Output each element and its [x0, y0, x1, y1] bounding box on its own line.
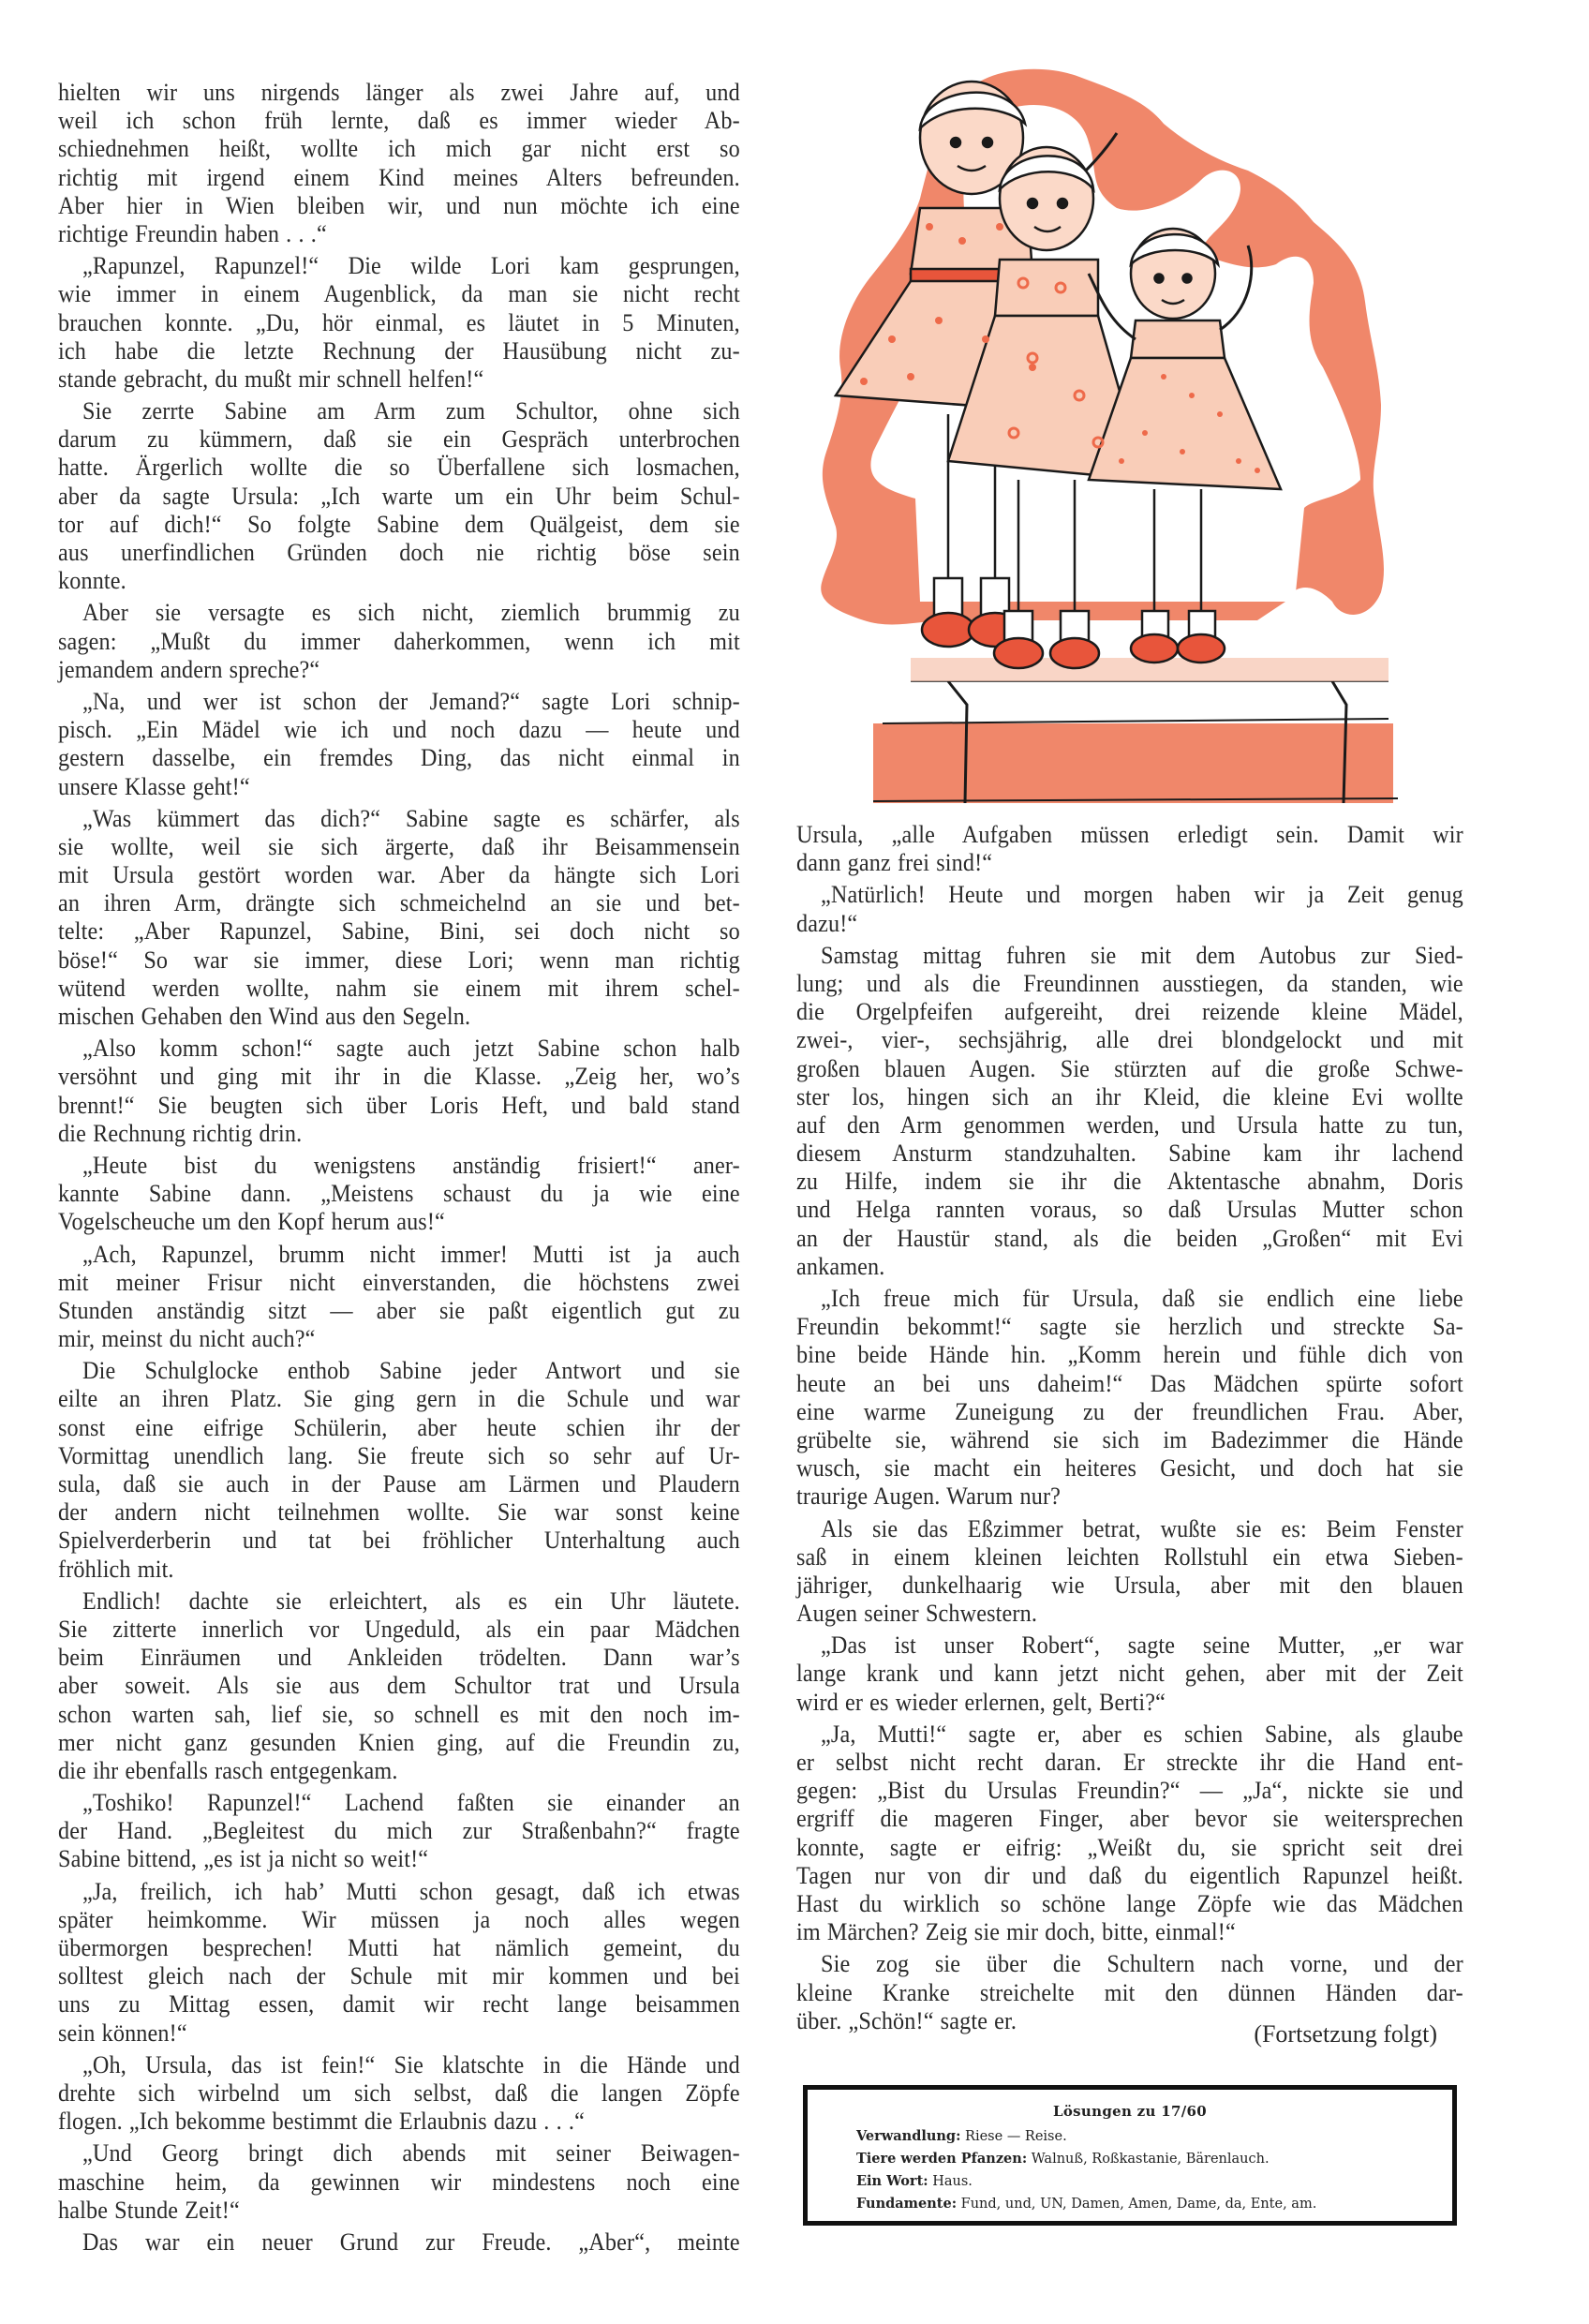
solution-key: Verwandlung: — [856, 2128, 960, 2144]
text-line: im Märchen? Zeig sie mir doch, bitte, ei… — [796, 1918, 1463, 1946]
text-line: konnte. — [58, 567, 740, 595]
text-line: schon warten sah, lief sie, so schnell e… — [58, 1701, 740, 1729]
paragraph: „Heute bist du wenigstens anständig fris… — [58, 1152, 740, 1237]
text-line: traurige Augen. Warum nur? — [796, 1482, 1463, 1511]
text-line: beim Einräumen und Ankleiden trödelten. … — [58, 1644, 740, 1672]
text-line: aber soweit. Als sie aus dem Schultor tr… — [58, 1672, 740, 1700]
text-line: mer nicht ganz gesunden Knien ging, auf … — [58, 1729, 740, 1757]
text-line: drehte sich wirbelnd um sich selbst, daß… — [58, 2079, 740, 2108]
text-line: an der Haustür stand, als die beiden „Gr… — [796, 1225, 1463, 1253]
right-text-column: Ursula, „alle Aufgaben müssen erledigt s… — [796, 821, 1463, 2039]
text-line: Ursula, „alle Aufgaben müssen erledigt s… — [796, 821, 1463, 849]
text-line: dann ganz frei sind!“ — [796, 849, 1463, 877]
text-line: Augen seiner Schwestern. — [796, 1600, 1463, 1628]
text-line: hatte. Ärgerlich wollte die so Überfalle… — [58, 454, 740, 482]
text-line: diesem Ansturm standzuhalten. Sabine kam… — [796, 1140, 1463, 1168]
solution-value: Walnuß, Roßkastanie, Bärenlauch. — [1032, 2152, 1270, 2167]
continuation-note: (Fortsetzung folgt) — [796, 2020, 1437, 2048]
text-line: Sie zog sie über die Schultern nach vorn… — [796, 1950, 1463, 1978]
text-line: lung; und als die Freundinnen ausstiegen… — [796, 970, 1463, 998]
paragraph: „Ja, freilich, ich hab’ Mutti schon gesa… — [58, 1878, 740, 2048]
text-line: übermorgen besprechen! Mutti hat nämlich… — [58, 1934, 740, 1962]
text-line: böse!“ So war sie immer, diese Lori; wen… — [58, 946, 740, 975]
solutions-box: Lösungen zu 17/60 Verwandlung: Riese — R… — [803, 2085, 1457, 2226]
solution-key: Ein Wort: — [856, 2173, 928, 2189]
text-line: „Was kümmert das dich?“ Sabine sagte es … — [58, 805, 740, 833]
text-line: lange krank und kann jetzt nicht gehen, … — [796, 1660, 1463, 1688]
text-line: eine warme Zuneigung zu der freundlichen… — [796, 1398, 1463, 1426]
text-line: wie immer in einem Augenblick, da man si… — [58, 280, 740, 308]
text-line: konnte, sagte er eifrig: „Weißt du, sie … — [796, 1834, 1463, 1862]
step-stripe — [873, 723, 1393, 803]
text-line: Vogelscheuche um den Kopf herum aus!“ — [58, 1208, 740, 1236]
text-line: Endlich! dachte sie erleichtert, als es … — [58, 1587, 740, 1616]
text-line: Aber hier in Wien bleiben wir, und nun m… — [58, 192, 740, 220]
text-line: kleine Kranke streichelte mit den dünnen… — [796, 1979, 1463, 2007]
text-line: Sabine bittend, „es ist ja nicht so weit… — [58, 1845, 740, 1873]
text-line: solltest gleich nach der Schule mit mir … — [58, 1962, 740, 1990]
text-line: „Na, und wer ist schon der Jemand?“ sagt… — [58, 688, 740, 716]
text-line: mischen Gehaben den Wind aus den Segeln. — [58, 1003, 740, 1031]
solution-value: Fund, und, UN, Damen, Amen, Dame, da, En… — [961, 2197, 1317, 2212]
solution-key: Tiere werden Pfanzen: — [856, 2151, 1027, 2167]
text-line: sagen: „Mußt du immer daherkommen, wenn … — [58, 628, 740, 656]
text-line: „Heute bist du wenigstens anständig fris… — [58, 1152, 740, 1180]
text-line: „Rapunzel, Rapunzel!“ Die wilde Lori kam… — [58, 252, 740, 280]
text-line: „Das ist unser Robert“, sagte seine Mutt… — [796, 1631, 1463, 1660]
text-line: „Natürlich! Heute und morgen haben wir j… — [796, 881, 1463, 909]
text-line: und Helga rannten voraus, so daß Ursulas… — [796, 1196, 1463, 1224]
text-line: Aber sie versagte es sich nicht, ziemlic… — [58, 599, 740, 627]
text-line: Stunden anständig sitzt — aber sie paßt … — [58, 1297, 740, 1325]
solutions-title: Lösungen zu 17/60 — [808, 2103, 1452, 2120]
text-line: versöhnt und ging mit ihr in die Klasse.… — [58, 1063, 740, 1091]
text-line: halbe Stunde Zeit!“ — [58, 2197, 740, 2225]
text-line: Sie zerrte Sabine am Arm zum Schultor, o… — [58, 397, 740, 425]
solution-value: Riese — Reise. — [965, 2129, 1067, 2144]
three-girls-illustration — [808, 58, 1454, 808]
text-line: sein können!“ — [58, 2019, 740, 2048]
text-line: sonst eine eifrige Schülerin, aber heute… — [58, 1414, 740, 1442]
text-line: Vormittag unendlich lang. Sie freute sic… — [58, 1442, 740, 1470]
paragraph: „Was kümmert das dich?“ Sabine sagte es … — [58, 805, 740, 1032]
text-line: mit meiner Frisur nicht einverstanden, d… — [58, 1269, 740, 1297]
text-line: auf den Arm genommen werden, und Ursula … — [796, 1111, 1463, 1140]
text-line: aber da sagte Ursula: „Ich warte um ein … — [58, 483, 740, 511]
text-line: unsere Klasse geht!“ — [58, 773, 740, 801]
text-line: pisch. „Ein Mädel wie ich und noch dazu … — [58, 716, 740, 744]
paragraph: Die Schulglocke enthob Sabine jeder Antw… — [58, 1357, 740, 1584]
paragraph: „Ich freue mich für Ursula, daß sie endl… — [796, 1285, 1463, 1512]
paragraph: „Also komm schon!“ sagte auch jetzt Sabi… — [58, 1035, 740, 1148]
text-line: wütend werden wollte, nahm sie einem mit… — [58, 975, 740, 1003]
text-line: gegen: „Bist du Ursulas Freundin?“ — „Ja… — [796, 1777, 1463, 1805]
paragraph: Samstag mittag fuhren sie mit dem Autobu… — [796, 942, 1463, 1281]
text-line: tor auf dich!“ So folgte Sabine dem Quäl… — [58, 511, 740, 539]
text-line: eilte an ihren Platz. Sie ging gern in d… — [58, 1385, 740, 1413]
text-line: wusch, sie macht ein heiteres Gesicht, u… — [796, 1454, 1463, 1482]
paragraph: „Ach, Rapunzel, brumm nicht immer! Mutti… — [58, 1241, 740, 1354]
text-line: hielten wir uns nirgends länger als zwei… — [58, 79, 740, 107]
paragraph: „Rapunzel, Rapunzel!“ Die wilde Lori kam… — [58, 252, 740, 394]
text-line: Das war ein neuer Grund zur Freude. „Abe… — [58, 2228, 740, 2257]
text-line: ankamen. — [796, 1253, 1463, 1281]
paragraph: Das war ein neuer Grund zur Freude. „Abe… — [58, 2228, 740, 2257]
text-line: flogen. „Ich bekomme bestimmt die Erlaub… — [58, 2108, 740, 2136]
paragraph: „Oh, Ursula, das ist fein!“ Sie klatscht… — [58, 2051, 740, 2137]
left-text-column: hielten wir uns nirgends länger als zwei… — [58, 79, 740, 2260]
paragraph: Aber sie versagte es sich nicht, ziemlic… — [58, 599, 740, 684]
text-line: Freundin bekommt!“ sagte sie herzlich un… — [796, 1313, 1463, 1341]
solution-value: Haus. — [932, 2174, 973, 2189]
text-line: sie wollte, weil sie sich ärgerte, daß i… — [58, 833, 740, 861]
paragraph: Ursula, „alle Aufgaben müssen erledigt s… — [796, 821, 1463, 877]
text-line: Sie zitterte innerlich vor Ungeduld, als… — [58, 1616, 740, 1644]
text-line: Tagen nur von dir und daß du eigentlich … — [796, 1862, 1463, 1890]
text-line: die Rechnung richtig drin. — [58, 1120, 740, 1148]
text-line: Die Schulglocke enthob Sabine jeder Antw… — [58, 1357, 740, 1385]
text-line: darum zu kümmern, daß sie ein Gespräch u… — [58, 425, 740, 454]
solution-item: Fundamente: Fund, und, UN, Damen, Amen, … — [856, 2193, 1452, 2215]
text-line: jemandem andern spreche?“ — [58, 656, 740, 684]
text-line: an ihren Arm, drängte sich schmeichelnd … — [58, 889, 740, 917]
paragraph: Endlich! dachte sie erleichtert, als es … — [58, 1587, 740, 1785]
text-line: später heimkomme. Wir müssen ja noch all… — [58, 1906, 740, 1934]
text-line: großen blauen Augen. Sie stürzten auf di… — [796, 1055, 1463, 1083]
text-line: telte: „Aber Rapunzel, Sabine, Bini, sei… — [58, 917, 740, 946]
text-line: Spielverderberin und tat bei fröhlicher … — [58, 1527, 740, 1555]
text-line: mir, meinst du nicht auch?“ — [58, 1325, 740, 1353]
paragraph: „Na, und wer ist schon der Jemand?“ sagt… — [58, 688, 740, 801]
text-line: richtig mit irgend einem Kind meines Alt… — [58, 164, 740, 192]
text-line: ergriff die mageren Finger, aber bevor s… — [796, 1805, 1463, 1833]
text-line: ster los, hingen sich an ihr Kleid, die … — [796, 1083, 1463, 1111]
text-line: gestern dasselbe, ein fremdes Ding, das … — [58, 744, 740, 772]
text-line: ich habe die letzte Rechnung der Hausübu… — [58, 337, 740, 365]
text-line: „Und Georg bringt dich abends mit seiner… — [58, 2139, 740, 2168]
text-line: dazu!“ — [796, 910, 1463, 938]
text-line: zu Hilfe, indem sie ihr die Aktentasche … — [796, 1168, 1463, 1196]
solution-item: Tiere werden Pfanzen: Walnuß, Roßkastani… — [856, 2148, 1452, 2170]
text-line: „Ach, Rapunzel, brumm nicht immer! Mutti… — [58, 1241, 740, 1269]
paragraph: „Ja, Mutti!“ sagte er, aber es schien Sa… — [796, 1721, 1463, 1947]
text-line: stande gebracht, du mußt mir schnell hel… — [58, 365, 740, 394]
solution-item: Ein Wort: Haus. — [856, 2170, 1452, 2193]
text-line: „Ja, freilich, ich hab’ Mutti schon gesa… — [58, 1878, 740, 1906]
illustration-svg — [808, 58, 1454, 808]
paragraph: „Toshiko! Rapunzel!“ Lachend faßten sie … — [58, 1789, 740, 1874]
text-line: die Orgelpfeifen aufgereiht, drei reizen… — [796, 998, 1463, 1026]
text-line: Hast du wirklich so schöne lange Zöpfe w… — [796, 1890, 1463, 1918]
text-line: jähriger, dunkelhaarig wie Ursula, aber … — [796, 1572, 1463, 1600]
text-line: saß in einem kleinen leichten Rollstuhl … — [796, 1543, 1463, 1572]
paragraph: „Und Georg bringt dich abends mit seiner… — [58, 2139, 740, 2225]
text-line: bine beide Hände hin. „Komm herein und f… — [796, 1341, 1463, 1369]
text-line: „Oh, Ursula, das ist fein!“ Sie klatscht… — [58, 2051, 740, 2079]
text-line: die ihr ebenfalls rasch entgegenkam. — [58, 1757, 740, 1785]
text-line: der Hand. „Begleitest du mich zur Straße… — [58, 1817, 740, 1845]
paragraph: hielten wir uns nirgends länger als zwei… — [58, 79, 740, 248]
text-line: „Toshiko! Rapunzel!“ Lachend faßten sie … — [58, 1789, 740, 1817]
text-line: uns zu Mittag essen, damit wir recht lan… — [58, 1990, 740, 2019]
text-line: zwei-, vier-, sechsjährig, alle drei blo… — [796, 1026, 1463, 1054]
text-line: der andern nicht teilnehmen wollte. Sie … — [58, 1498, 740, 1527]
text-line: kannte Sabine dann. „Meistens schaust du… — [58, 1180, 740, 1208]
text-line: brauchen konnte. „Du, hör einmal, es läu… — [58, 309, 740, 337]
text-line: grübelte sie, während sie sich im Badezi… — [796, 1426, 1463, 1454]
paragraph: „Das ist unser Robert“, sagte seine Mutt… — [796, 1631, 1463, 1717]
text-line: „Ja, Mutti!“ sagte er, aber es schien Sa… — [796, 1721, 1463, 1749]
text-line: „Ich freue mich für Ursula, daß sie endl… — [796, 1285, 1463, 1313]
solution-item: Verwandlung: Riese — Reise. — [856, 2125, 1452, 2148]
text-line: richtige Freundin haben . . .“ — [58, 220, 740, 248]
paragraph: Als sie das Eßzimmer betrat, wußte sie e… — [796, 1515, 1463, 1629]
text-line: Als sie das Eßzimmer betrat, wußte sie e… — [796, 1515, 1463, 1543]
paragraph: „Natürlich! Heute und morgen haben wir j… — [796, 881, 1463, 937]
text-line: mit Ursula gestört worden war. Aber da h… — [58, 861, 740, 889]
text-line: heute an bei uns daheim!“ Das Mädchen sp… — [796, 1370, 1463, 1398]
text-line: wird er es wieder erlernen, gelt, Berti?… — [796, 1689, 1463, 1717]
text-line: aus unerfindlichen Gründen doch nie rich… — [58, 539, 740, 567]
text-line: Samstag mittag fuhren sie mit dem Autobu… — [796, 942, 1463, 970]
solution-key: Fundamente: — [856, 2196, 957, 2212]
text-line: schiednehmen heißt, wollte ich mich gar … — [58, 135, 740, 163]
text-line: maschine heim, da gewinnen wir mindesten… — [58, 2168, 740, 2197]
text-line: weil ich schon früh lernte, daß es immer… — [58, 107, 740, 135]
text-line: brennt!“ Sie beugten sich über Loris Hef… — [58, 1092, 740, 1120]
text-line: fröhlich mit. — [58, 1556, 740, 1584]
text-line: „Also komm schon!“ sagte auch jetzt Sabi… — [58, 1035, 740, 1063]
text-line: sula, daß sie auch in der Pause am Lärme… — [58, 1470, 740, 1498]
paragraph: Sie zerrte Sabine am Arm zum Schultor, o… — [58, 397, 740, 595]
text-line: er selbst nicht recht daran. Er streckte… — [796, 1749, 1463, 1777]
